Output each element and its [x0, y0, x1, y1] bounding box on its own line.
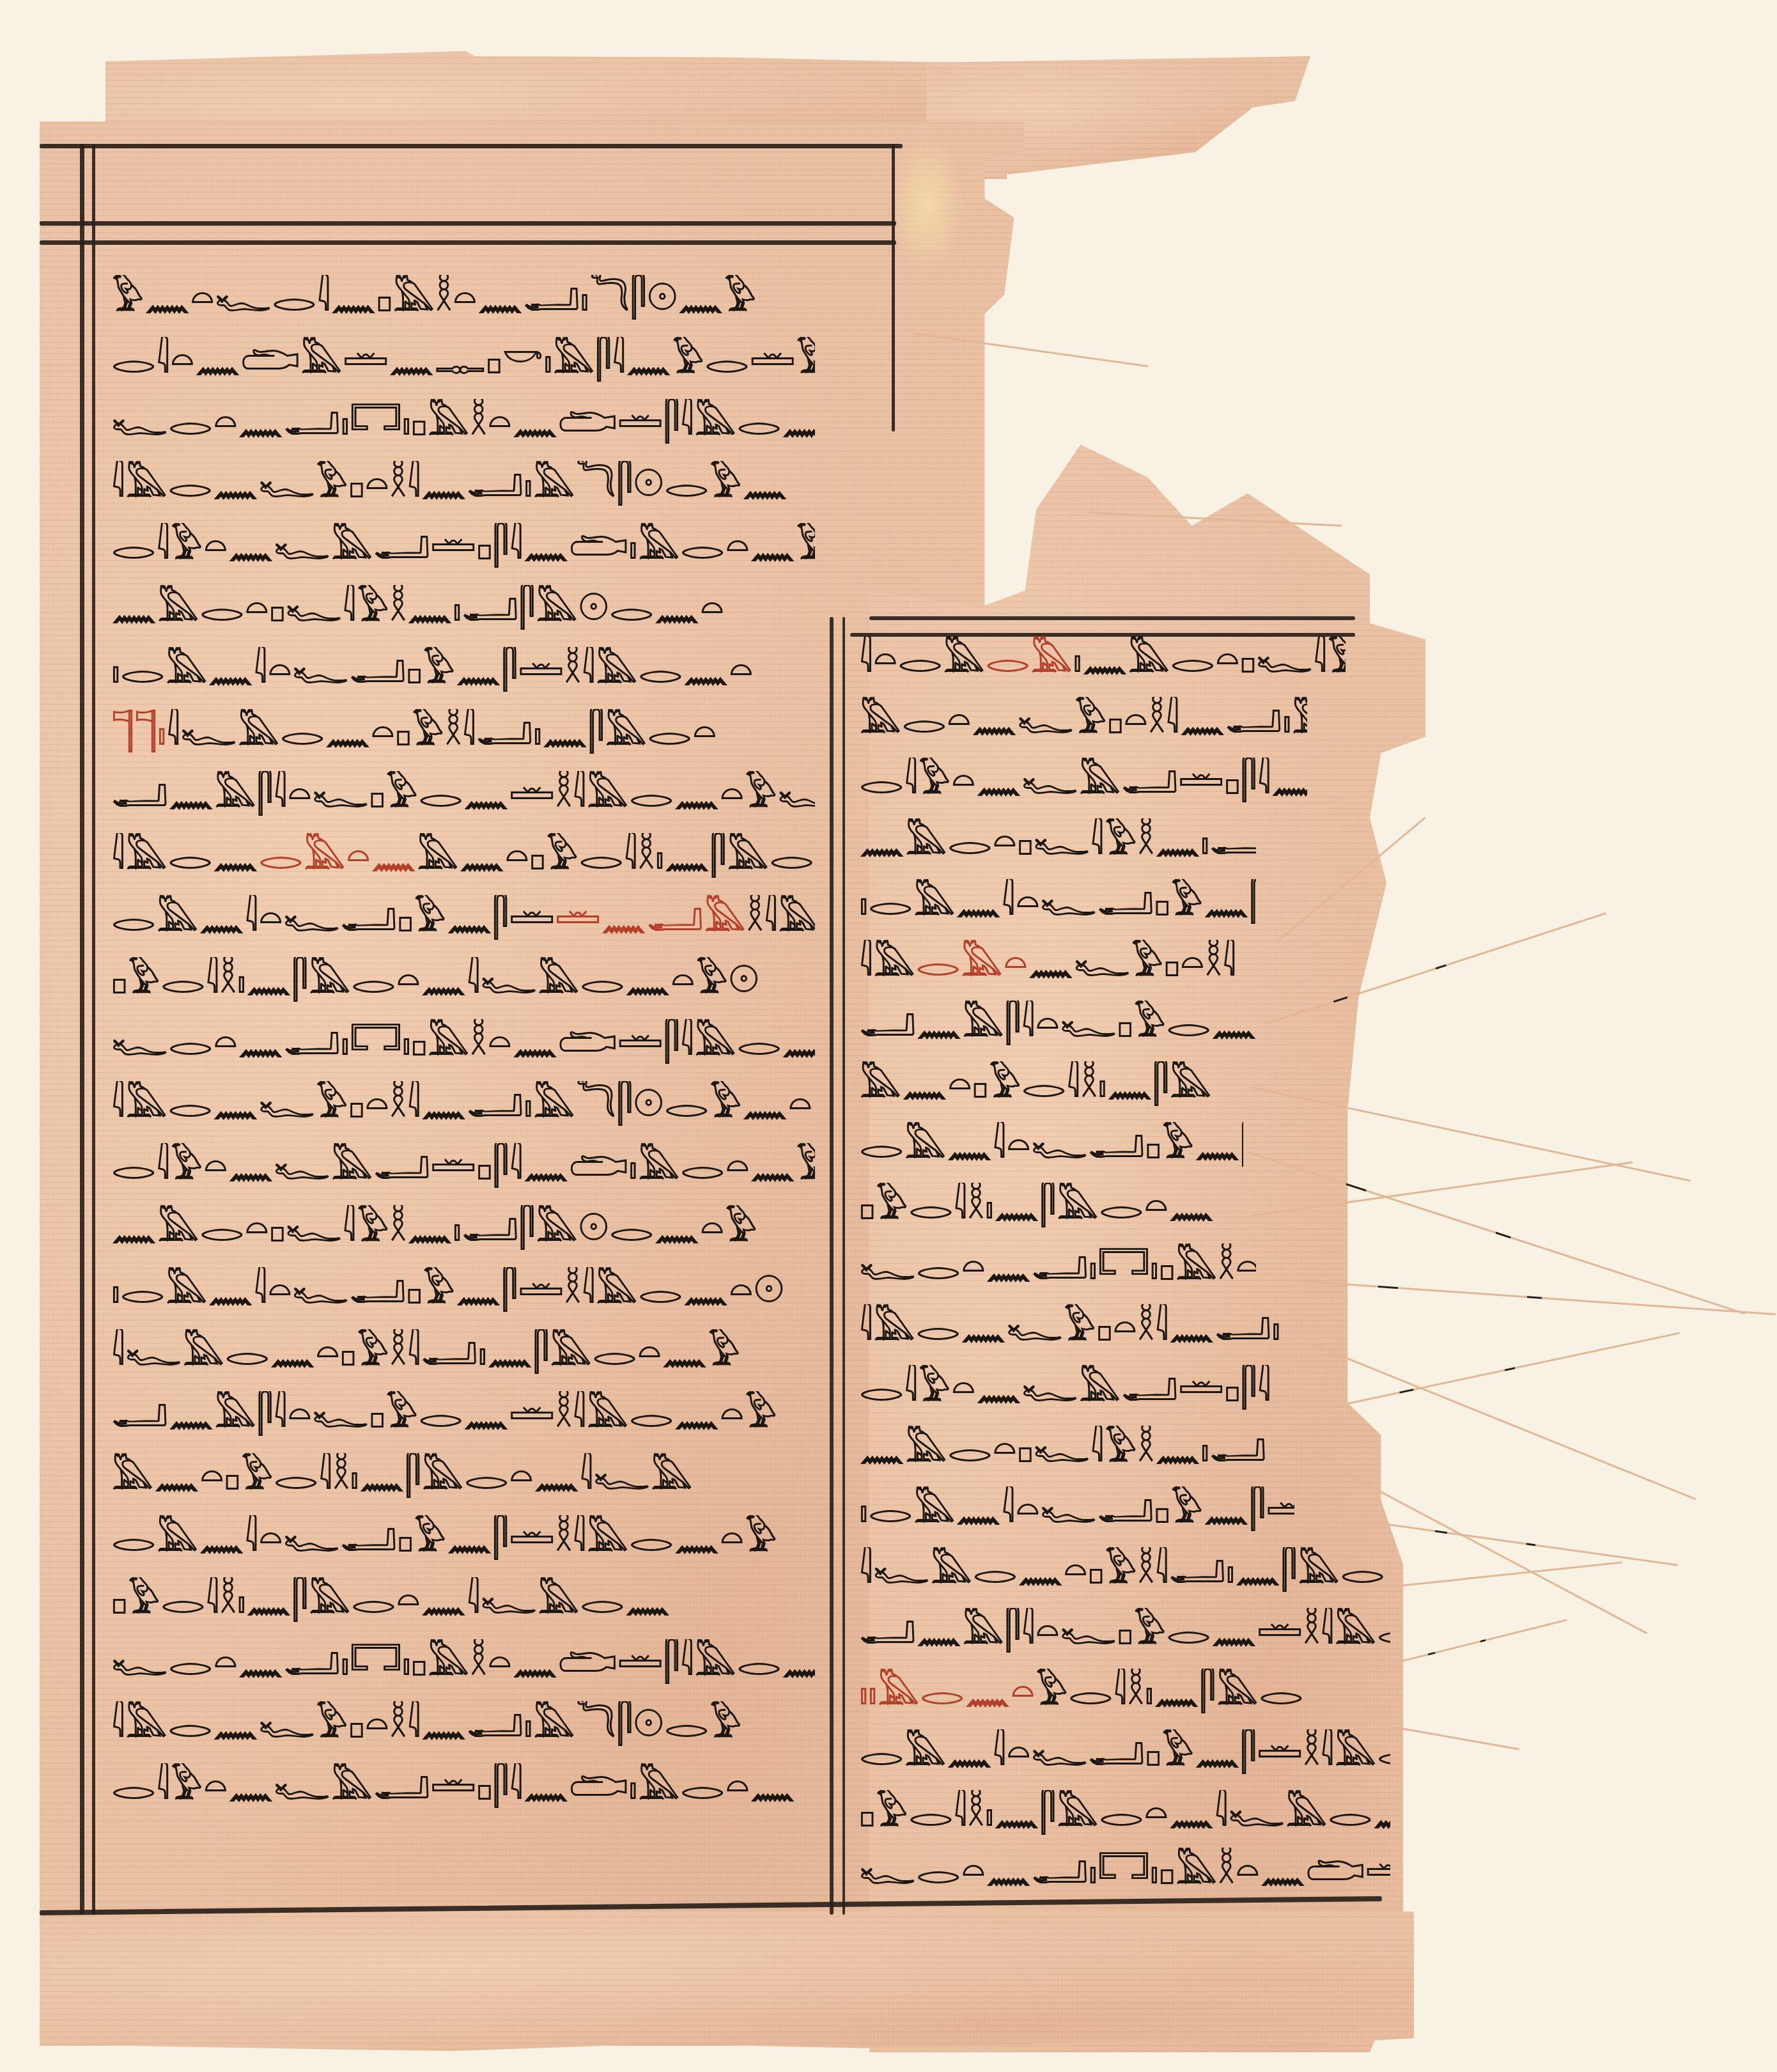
- text-line: 𓆑𓂋𓏏𓈖𓂝𓏤𓉐𓏤𓊪𓅓𓎛𓏏𓈖𓂧𓏛𓋴𓇋: [860, 1848, 1390, 1892]
- text-line: 𓇋𓅓𓂋𓈖𓆑𓅱𓊪𓏏𓎛𓇋𓈖𓂝𓏤𓅓𓆓𓋴𓇳𓂋𓅱: [112, 1701, 815, 1746]
- text-line: 𓂝𓈖𓅓𓋴𓇋𓏏𓆑𓊪𓅱𓂋𓈖𓏛: [860, 1001, 1256, 1045]
- top-rule-3: [40, 240, 896, 245]
- fiber: [1374, 1522, 1679, 1566]
- left-border-outer: [80, 144, 84, 1915]
- text-line: 𓇋𓅓𓂋𓈖𓆑𓅱𓊪𓏏𓎛𓇋𓈖𓂝𓏤: [860, 1304, 1294, 1349]
- text-line: 𓂋𓇋𓅱𓏏𓈖𓆑𓅓𓂝𓏛𓊪𓋴𓇋: [860, 1365, 1294, 1410]
- text-line: 𓂋𓇋𓅱𓏏𓈖𓆑𓅓𓂝𓏛𓊪𓋴𓇋𓈖𓂧𓏤𓅓𓂋𓏏𓈖𓅱: [112, 523, 815, 568]
- text-line: 𓇋𓆑𓅓𓂋𓈖𓏏𓊪𓅱𓎛𓇋𓂝𓏤𓈖𓋴𓅓𓂋: [860, 1547, 1390, 1592]
- text-line: 𓂋𓅓𓈖𓇋𓏏𓆑𓂝𓊪𓅱𓈖𓋴𓏛𓎛𓇋𓅓𓂋𓈖: [860, 1729, 1390, 1774]
- text-line: 𓏤𓂋𓅓𓈖𓇋𓏏𓆑𓂝𓊪𓅱𓈖𓋴𓏛: [860, 1486, 1294, 1531]
- right-border-top: [892, 144, 895, 432]
- text-line: 𓊪𓅱𓂋𓇋𓎛𓏤𓈖𓋴𓅓𓂋𓏏𓈖𓇋𓆑𓅓𓂋𓈖: [112, 1577, 815, 1622]
- fiber: [1393, 1726, 1519, 1750]
- text-line: 𓂝𓈖𓅓𓋴𓇋𓏏𓆑𓊪𓅱𓂋𓈖𓏛𓎛𓇋𓅓𓂋: [860, 1608, 1390, 1653]
- text-line: 𓈖𓅓𓂋𓏏𓊪𓆑𓇋𓅱𓎛𓈖𓏤𓂝𓋴𓅓𓇳𓂋𓈖𓏏𓅱: [112, 1205, 815, 1250]
- rubric: 𓂋𓅓: [986, 637, 1074, 680]
- fiber: [1393, 1561, 1622, 1587]
- text-line-with-rubric: 𓇋𓅓𓂋𓈖𓂋𓅓𓏏𓈖𓅓𓈖𓏏𓊪𓅱𓂋𓇋𓎛𓏤𓈖𓋴𓅓𓂋𓏏𓈖: [112, 833, 815, 878]
- text-line: 𓈖𓅓𓂋𓏏𓊪𓆑𓇋𓅱𓎛𓈖𓏤𓂝𓋴𓅓𓇳𓂋𓈖𓏏: [112, 585, 815, 630]
- fiber: [1278, 1279, 1776, 1315]
- column-divider-outer: [830, 617, 834, 1915]
- text-line: 𓂋𓇋𓏏𓈖𓂧𓅓𓏛𓈖𓊃𓊪𓎡𓏤𓅓𓋴𓇋𓈖𓅱𓂋𓏛𓅱𓇳: [112, 337, 815, 382]
- text-line: 𓆑𓂋𓏏𓈖𓂝𓏤𓉐𓏤𓊪𓅓𓎛𓏏𓈖𓂧𓏛𓋴𓇋𓅓𓂋𓈖𓅱: [112, 1019, 815, 1064]
- papyrus-bottom-margin: [40, 1912, 1414, 2055]
- papyrus-photograph: 𓅱𓈖𓏏𓆑𓂋𓇋𓈖𓊪𓅓𓎛𓏏𓈖𓂝𓏤𓆓𓋴𓇳𓈖𓅱 𓂋𓇋𓏏𓈖𓂧𓅓𓏛𓈖𓊃𓊪𓎡𓏤𓅓𓋴𓇋𓈖𓅱𓂋𓏛𓅱…: [0, 0, 1777, 2072]
- text-line-with-rubric: 𓇋𓏏𓂋𓅓𓂋𓅓𓏤𓈖𓅓𓂋𓏏𓊪𓆑𓇋𓅱𓎛: [860, 636, 1346, 681]
- rubric: 𓏛𓈖𓂝𓅓: [555, 896, 747, 939]
- text-line: 𓈖𓅓𓂋𓏏𓊪𓆑𓇋𓅱𓎛𓈖𓏤𓂝𓋴: [860, 818, 1256, 863]
- text-line: 𓊪𓅱𓂋𓇋𓎛𓏤𓈖𓋴𓅓𓂋𓏏𓈖𓇋𓆑𓅓𓂋𓈖: [860, 1790, 1390, 1835]
- text-line-with-rubric: 𓏤𓏤𓅓𓂋𓈖𓏏𓅱𓂋𓇋𓎛𓏤𓈖𓋴𓅓𓂋: [860, 1669, 1390, 1713]
- fiber: [1393, 1619, 1567, 1664]
- text-line: 𓇋𓅓𓂋𓈖𓆑𓅱𓊪𓏏𓎛𓇋𓈖𓂝𓏤𓅓𓆓𓋴𓇳𓂋𓅱𓈖: [112, 461, 815, 506]
- fiber: [1330, 1332, 1680, 1408]
- rubric: 𓏤𓏤𓅓𓂋𓈖𓏏: [860, 1669, 1036, 1713]
- papyrus-stain: [1036, 396, 1087, 448]
- text-line-with-rubric: 𓇋𓅓𓂋𓅓𓏏𓈖𓆑𓅱𓊪𓏏𓎛𓇋: [860, 940, 1256, 985]
- text-line: 𓊪𓅱𓂋𓇋𓎛𓏤𓈖𓋴𓅓𓂋𓏏𓈖𓇋𓆑𓅓𓂋𓈖𓏏𓅱𓇳: [112, 957, 815, 1002]
- text-line: 𓅓𓂋𓏏𓈖𓆑𓅱𓊪𓏏𓎛𓇋𓈖𓂝𓏤𓅓: [860, 697, 1307, 742]
- text-line: 𓆑𓂋𓏏𓈖𓂝𓏤𓉐𓏤𓊪𓅓𓎛𓏏𓈖𓂧𓏛𓋴𓇋𓅓𓂋𓈖: [112, 399, 815, 444]
- text-line: 𓈖𓅓𓂋𓏏𓊪𓆑𓇋𓅱𓎛𓈖𓏤𓂝: [860, 1426, 1294, 1470]
- right-col-header-rule-1: [869, 616, 1355, 620]
- text-line: 𓇋𓆑𓅓𓂋𓈖𓏏𓊪𓅱𓎛𓇋𓂝𓏤𓈖𓋴𓅓𓂋𓏏𓈖𓅱: [112, 1329, 815, 1374]
- top-rule-2: [40, 221, 896, 226]
- rubric: 𓂋𓅓𓏏𓈖: [259, 834, 417, 877]
- text-line: 𓂋𓇋𓅱𓏏𓈖𓆑𓅓𓂝𓏛𓊪𓋴𓇋𓈖: [860, 758, 1307, 802]
- text-line: 𓂋𓅓𓈖𓇋𓏏𓆑𓂝𓊪𓅱𓈖𓋴: [860, 1122, 1243, 1167]
- text-line-with-rubric: 𓂋𓅓𓈖𓇋𓏏𓆑𓂝𓊪𓅱𓈖𓋴𓏛𓏛𓈖𓂝𓅓𓎛𓇋𓅓𓂋: [112, 895, 815, 940]
- text-line: 𓇋𓅓𓂋𓈖𓆑𓅱𓊪𓏏𓎛𓇋𓈖𓂝𓏤𓅓𓆓𓋴𓇳𓂋𓅱𓈖𓏏: [112, 1081, 815, 1126]
- top-rule-1: [40, 144, 903, 148]
- rubric: 𓂋𓅓𓏏: [917, 940, 1029, 984]
- text-line: 𓊪𓅱𓂋𓇋𓎛𓏤𓈖𓋴𓅓𓂋𓏏𓈖: [860, 1183, 1243, 1227]
- text-line: 𓆑𓂋𓏏𓈖𓂝𓏤𓉐𓏤𓊪𓅓𓎛𓏏: [860, 1243, 1256, 1288]
- left-border-inner: [92, 144, 95, 1915]
- text-line: 𓂋𓇋𓅱𓏏𓈖𓆑𓅓𓂝𓏛𓊪𓋴𓇋𓈖𓂧𓏤𓅓𓂋𓏏𓈖𓅱: [112, 1143, 815, 1188]
- column-divider-inner: [842, 617, 845, 1915]
- papyrus-stain: [888, 134, 965, 275]
- text-line: 𓏤𓂋𓅓𓈖𓇋𓏏𓆑𓂝𓊪𓅱𓈖𓋴: [860, 879, 1256, 924]
- text-line: 𓏤𓂋𓅓𓈖𓇋𓏏𓆑𓂝𓊪𓅱𓈖𓋴𓏛𓎛𓇋𓅓𓂋𓈖𓏏: [112, 647, 815, 692]
- text-line: 𓂝𓈖𓅓𓋴𓇋𓏏𓆑𓊪𓅱𓂋𓈖𓏛𓎛𓇋𓅓𓂋𓈖𓏏𓅱: [112, 1391, 815, 1436]
- text-line: 𓏤𓂋𓅓𓈖𓇋𓏏𓆑𓂝𓊪𓅱𓈖𓋴𓏛𓎛𓇋𓅓𓂋𓈖𓏏𓇳: [112, 1267, 815, 1312]
- text-line: 𓅱𓈖𓏏𓆑𓂋𓇋𓈖𓊪𓅓𓎛𓏏𓈖𓂝𓏤𓆓𓋴𓇳𓈖𓅱: [112, 275, 815, 320]
- text-line: 𓅓𓈖𓏏𓊪𓅱𓂋𓇋𓎛𓏤𓈖𓋴𓅓: [860, 1061, 1256, 1106]
- rubric: 𓊹𓊹𓏤: [112, 710, 167, 753]
- text-line: 𓆑𓂋𓏏𓈖𓂝𓏤𓉐𓏤𓊪𓅓𓎛𓏏𓈖𓂧𓏛𓋴𓇋𓅓𓂋𓈖: [112, 1639, 815, 1684]
- text-line: 𓂋𓇋𓅱𓏏𓈖𓆑𓅓𓂝𓏛𓊪𓋴𓇋𓈖𓂧𓏤𓅓𓂋𓏏𓈖: [112, 1763, 815, 1808]
- text-line: 𓂝𓈖𓅓𓋴𓇋𓏏𓆑𓊪𓅱𓂋𓈖𓏛𓎛𓇋𓅓𓂋𓈖𓏏𓅱𓆑: [112, 771, 815, 816]
- text-line-with-rubric: 𓊹𓊹𓏤𓇋𓆑𓅓𓂋𓈖𓏏𓊪𓅱𓎛𓇋𓂝𓏤𓈖𓋴𓅓𓂋𓏏: [112, 709, 815, 754]
- text-line: 𓂋𓅓𓈖𓇋𓏏𓆑𓂝𓊪𓅱𓈖𓋴𓏛𓎛𓇋𓅓𓂋𓈖𓏏𓅱: [112, 1515, 815, 1560]
- text-line: 𓅓𓈖𓏏𓊪𓅱𓂋𓇋𓎛𓏤𓈖𓋴𓅓𓂋𓏏𓈖𓇋𓆑𓅓: [112, 1453, 815, 1498]
